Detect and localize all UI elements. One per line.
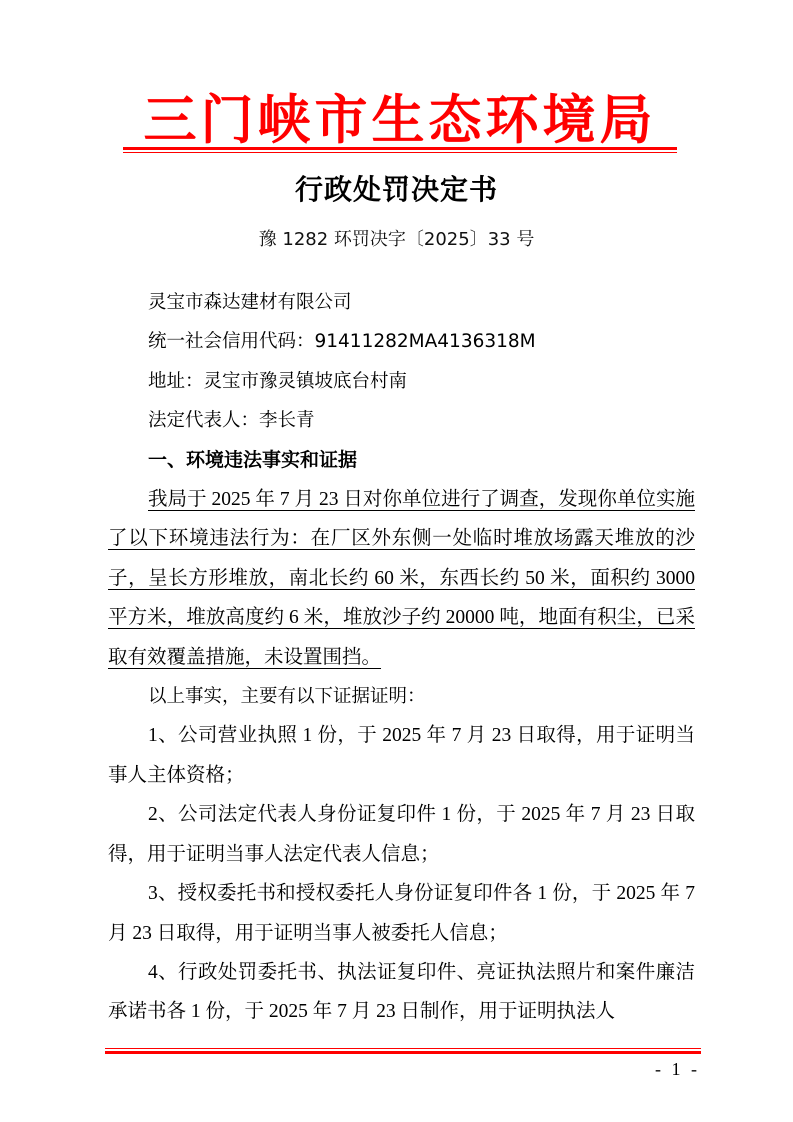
party-legal-representative: 法定代表人：李长青 <box>108 401 695 440</box>
evidence-item: 3、授权委托书和授权委托人身份证复印件各 1 份，于 2025 年 7 月 23… <box>108 874 695 953</box>
party-credit-code: 统一社会信用代码：91411282MA4136318M <box>108 322 695 361</box>
evidence-item: 1、公司营业执照 1 份，于 2025 年 7 月 23 日取得，用于证明当事人… <box>108 716 695 795</box>
evidence-item: 2、公司法定代表人身份证复印件 1 份，于 2025 年 7 月 23 日取得，… <box>108 795 695 874</box>
letterhead-divider-thin <box>123 152 677 153</box>
document-body: 灵宝市森达建材有限公司 统一社会信用代码：91411282MA4136318M … <box>108 283 695 1032</box>
document-title: 行政处罚决定书 <box>0 170 793 210</box>
agency-letterhead: 三门峡市生态环境局 <box>123 88 677 152</box>
letterhead-divider-thick <box>123 147 677 150</box>
party-company-name: 灵宝市森达建材有限公司 <box>108 283 695 322</box>
document-page: 三门峡市生态环境局 行政处罚决定书 豫 1282 环罚决字〔2025〕33 号 … <box>0 0 793 1122</box>
evidence-item: 4、行政处罚委托书、执法证复印件、亮证执法照片和案件廉洁承诺书各 1 份，于 2… <box>108 953 695 1032</box>
violation-facts-paragraph: 我局于 2025 年 7 月 23 日对你单位进行了调查，发现你单位实施了以下环… <box>108 480 695 677</box>
footer-divider-thick <box>105 1051 701 1054</box>
evidence-intro: 以上事实，主要有以下证据证明： <box>108 677 695 716</box>
document-number: 豫 1282 环罚决字〔2025〕33 号 <box>0 226 793 254</box>
footer-divider-thin <box>105 1048 701 1049</box>
violation-facts-text: 我局于 2025 年 7 月 23 日对你单位进行了调查，发现你单位实施了以下环… <box>108 489 695 668</box>
section-heading: 一、环境违法事实和证据 <box>108 441 695 480</box>
page-number: - 1 - <box>630 1056 700 1082</box>
party-address: 地址：灵宝市豫灵镇坡底台村南 <box>108 362 695 401</box>
